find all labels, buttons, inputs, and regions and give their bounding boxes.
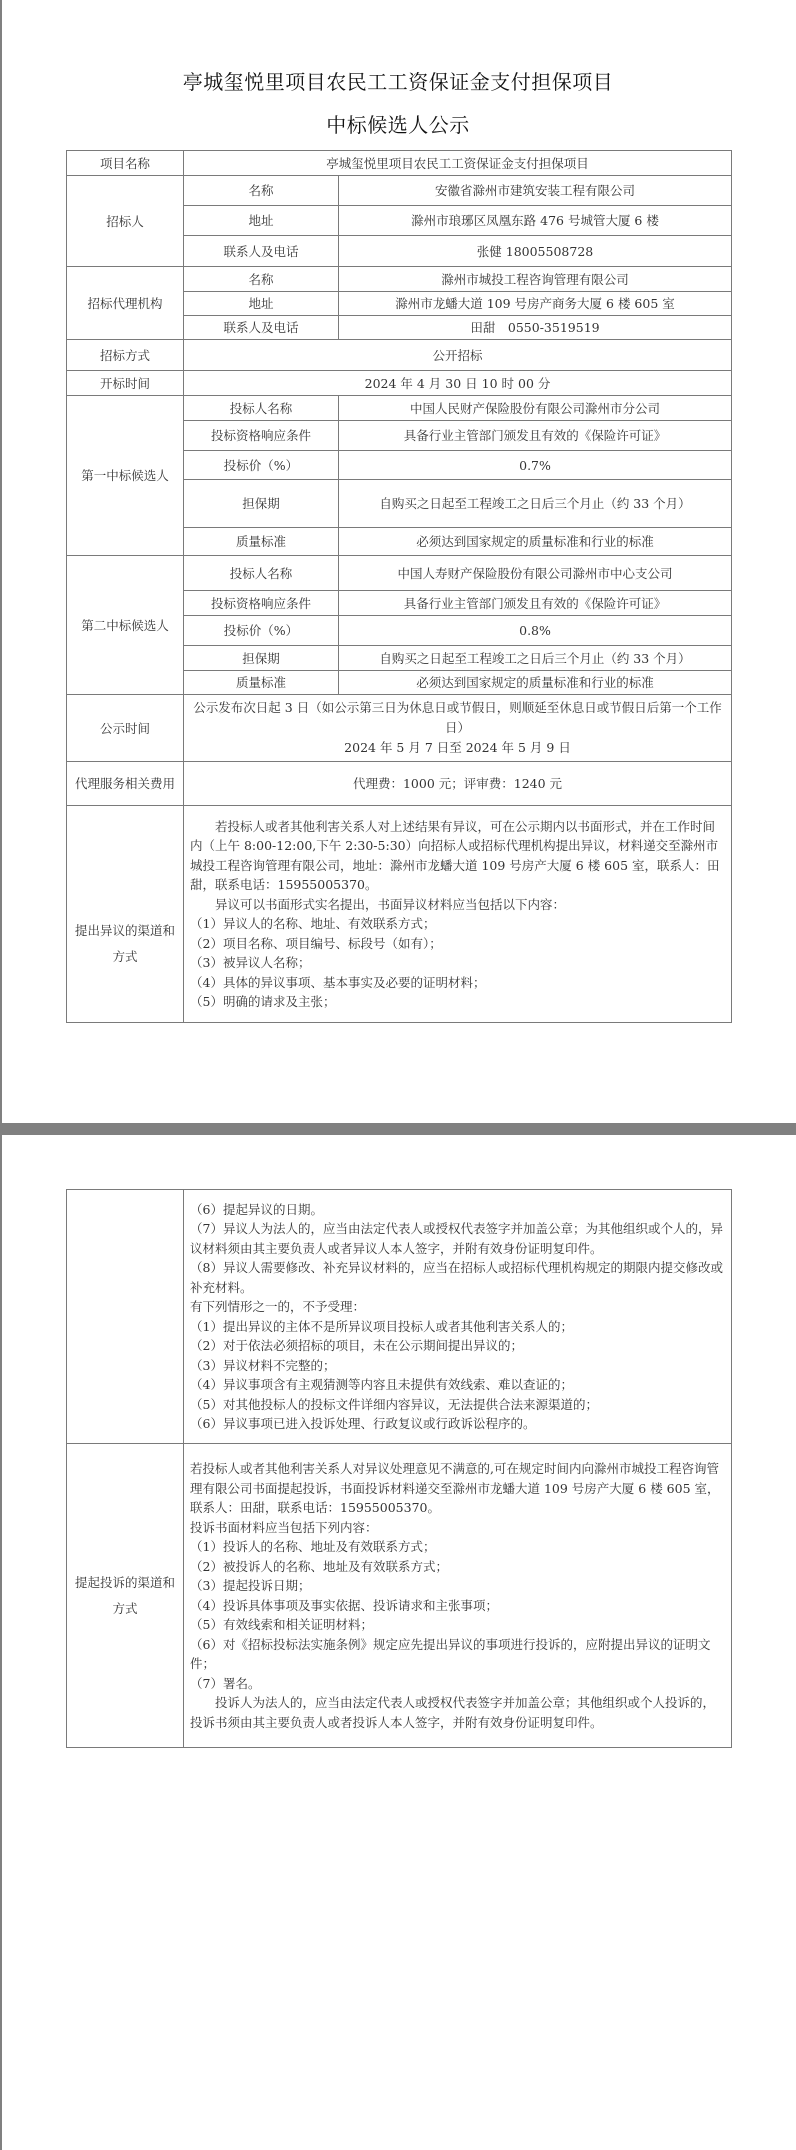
row-opening-time: 开标时间 2024 年 4 月 30 日 10 时 00 分 — [67, 371, 732, 396]
c1-price-label: 投标价（%） — [184, 451, 339, 480]
fees-value: 代理费：1000 元；评审费：1240 元 — [184, 762, 732, 806]
row-publicity-time: 公示时间 公示发布次日起 3 日（如公示第三日为休息日或节假日，则顺延至休息日或… — [67, 695, 732, 762]
fees-label: 代理服务相关费用 — [67, 762, 184, 806]
complaint-item: （5）有效线索和相关证明材料； — [190, 1615, 725, 1635]
c2-period-value: 自购买之日起至工程竣工之日后三个月止（约 33 个月） — [339, 646, 732, 671]
publicity-dates: 2024 年 5 月 7 日至 2024 年 5 月 9 日 — [188, 738, 727, 758]
objection-item: （3）被异议人名称； — [190, 953, 725, 973]
objection-rejection-item: （1）提出异议的主体不是所异议项目投标人或者其他利害关系人的； — [190, 1317, 725, 1337]
publicity-time-value: 公示发布次日起 3 日（如公示第三日为休息日或节假日，则顺延至休息日或节假日后第… — [184, 695, 732, 762]
publicity-time-label: 公示时间 — [67, 695, 184, 762]
complaint-item: （7）署名。 — [190, 1674, 725, 1694]
complaint-item: （6）对《招标投标法实施条例》规定应先提出异议的事项进行投诉的，应附提出异议的证… — [190, 1635, 725, 1674]
tenderer-name-value: 安徽省滁州市建筑安装工程有限公司 — [339, 176, 732, 206]
objection-item: （1）异议人的名称、地址、有效联系方式； — [190, 914, 725, 934]
tenderer-name-label: 名称 — [184, 176, 339, 206]
objection-item: （2）项目名称、项目编号、标段号（如有）； — [190, 934, 725, 954]
complaint-item: （1）投诉人的名称、地址及有效联系方式； — [190, 1537, 725, 1557]
objection-rejection-item: （3）异议材料不完整的； — [190, 1356, 725, 1376]
objection-rejection-item: （2）对于依法必须招标的项目，未在公示期间提出异议的； — [190, 1336, 725, 1356]
complaint-paragraph: 投诉书面材料应当包括下列内容： — [190, 1518, 725, 1538]
agency-contact-value: 田甜 0550-3519519 — [339, 316, 732, 340]
c2-qualification-label: 投标资格响应条件 — [184, 591, 339, 616]
objection-content-page1: 若投标人或者其他利害关系人对上述结果有异议，可在公示期内以书面形式，并在工作时间… — [184, 806, 732, 1023]
agency-label: 招标代理机构 — [67, 267, 184, 340]
c1-price-value: 0.7% — [339, 451, 732, 480]
announcement-table-page2: （6）提起异议的日期。 （7）异议人为法人的，应当由法定代表人或授权代表签字并加… — [66, 1189, 732, 1748]
method-label: 招标方式 — [67, 340, 184, 371]
complaint-content: 若投标人或者其他利害关系人对异议处理意见不满意的,可在规定时间内向滁州市城投工程… — [184, 1444, 732, 1748]
page-separator — [0, 1123, 796, 1135]
candidate2-label: 第二中标候选人 — [67, 556, 184, 695]
objection-item: （7）异议人为法人的，应当由法定代表人或授权代表签字并加盖公章；为其他组织或个人… — [190, 1219, 725, 1258]
objection-label-continued — [67, 1190, 184, 1444]
c1-quality-value: 必须达到国家规定的质量标准和行业的标准 — [339, 528, 732, 556]
c1-period-value: 自购买之日起至工程竣工之日后三个月止（约 33 个月） — [339, 480, 732, 528]
c2-quality-value: 必须达到国家规定的质量标准和行业的标准 — [339, 671, 732, 695]
project-name-label: 项目名称 — [67, 151, 184, 176]
project-name-value: 亭城玺悦里项目农民工工资保证金支付担保项目 — [184, 151, 732, 176]
c1-bidder-label: 投标人名称 — [184, 396, 339, 421]
complaint-item: （2）被投诉人的名称、地址及有效联系方式； — [190, 1557, 725, 1577]
complaint-paragraph: 若投标人或者其他利害关系人对异议处理意见不满意的,可在规定时间内向滁州市城投工程… — [190, 1459, 725, 1518]
objection-label: 提出异议的渠道和方式 — [67, 806, 184, 1023]
objection-rejection-item: （4）异议事项含有主观猜测等内容且未提供有效线索、难以查证的； — [190, 1375, 725, 1395]
row-objection-continued: （6）提起异议的日期。 （7）异议人为法人的，应当由法定代表人或授权代表签字并加… — [67, 1190, 732, 1444]
tenderer-contact-label: 联系人及电话 — [184, 236, 339, 267]
tenderer-address-label: 地址 — [184, 206, 339, 236]
objection-item: （5）明确的请求及主张； — [190, 992, 725, 1012]
objection-paragraph: 若投标人或者其他利害关系人对上述结果有异议，可在公示期内以书面形式，并在工作时间… — [190, 817, 725, 895]
row-complaint: 提起投诉的渠道和方式 若投标人或者其他利害关系人对异议处理意见不满意的,可在规定… — [67, 1444, 732, 1748]
c2-quality-label: 质量标准 — [184, 671, 339, 695]
objection-item: （4）具体的异议事项、基本事实及必要的证明材料； — [190, 973, 725, 993]
document-title: 亭城玺悦里项目农民工工资保证金支付担保项目 — [0, 66, 796, 95]
complaint-item: （4）投诉具体事项及事实依据、投诉请求和主张事项； — [190, 1596, 725, 1616]
agency-contact-label: 联系人及电话 — [184, 316, 339, 340]
method-value: 公开招标 — [184, 340, 732, 371]
agency-address-value: 滁州市龙蟠大道 109 号房产商务大厦 6 楼 605 室 — [339, 292, 732, 316]
c2-qualification-value: 具备行业主管部门颁发且有效的《保险许可证》 — [339, 591, 732, 616]
objection-content-page2: （6）提起异议的日期。 （7）异议人为法人的，应当由法定代表人或授权代表签字并加… — [184, 1190, 732, 1444]
objection-item: （6）提起异议的日期。 — [190, 1200, 725, 1220]
objection-paragraph: 异议可以书面形式实名提出，书面异议材料应当包括以下内容： — [190, 895, 725, 915]
row-objection: 提出异议的渠道和方式 若投标人或者其他利害关系人对上述结果有异议，可在公示期内以… — [67, 806, 732, 1023]
c2-price-label: 投标价（%） — [184, 616, 339, 646]
announcement-table-page1: 项目名称 亭城玺悦里项目农民工工资保证金支付担保项目 招标人 名称 安徽省滁州市… — [66, 150, 732, 1023]
document-subtitle: 中标候选人公示 — [0, 109, 796, 138]
row-c1-bidder: 第一中标候选人 投标人名称 中国人民财产保险股份有限公司滁州市分公司 — [67, 396, 732, 421]
row-agency-name: 招标代理机构 名称 滁州市城投工程咨询管理有限公司 — [67, 267, 732, 292]
tenderer-contact-value: 张健 18005508728 — [339, 236, 732, 267]
row-fees: 代理服务相关费用 代理费：1000 元；评审费：1240 元 — [67, 762, 732, 806]
row-tenderer-name: 招标人 名称 安徽省滁州市建筑安装工程有限公司 — [67, 176, 732, 206]
objection-rejection-heading: 有下列情形之一的，不予受理： — [190, 1297, 725, 1317]
objection-item: （8）异议人需要修改、补充异议材料的，应当在招标人或招标代理机构规定的期限内提交… — [190, 1258, 725, 1297]
c1-bidder-value: 中国人民财产保险股份有限公司滁州市分公司 — [339, 396, 732, 421]
opening-time-label: 开标时间 — [67, 371, 184, 396]
candidate1-label: 第一中标候选人 — [67, 396, 184, 556]
row-c2-bidder: 第二中标候选人 投标人名称 中国人寿财产保险股份有限公司滁州市中心支公司 — [67, 556, 732, 591]
agency-address-label: 地址 — [184, 292, 339, 316]
tenderer-address-value: 滁州市琅琊区凤凰东路 476 号城管大厦 6 楼 — [339, 206, 732, 236]
c2-bidder-value: 中国人寿财产保险股份有限公司滁州市中心支公司 — [339, 556, 732, 591]
row-project-name: 项目名称 亭城玺悦里项目农民工工资保证金支付担保项目 — [67, 151, 732, 176]
opening-time-value: 2024 年 4 月 30 日 10 时 00 分 — [184, 371, 732, 396]
viewer-left-border — [0, 0, 2, 2150]
row-method: 招标方式 公开招标 — [67, 340, 732, 371]
objection-rejection-item: （5）对其他投标人的投标文件详细内容异议，无法提供合法来源渠道的； — [190, 1395, 725, 1415]
c1-qualification-value: 具备行业主管部门颁发且有效的《保险许可证》 — [339, 421, 732, 451]
c2-price-value: 0.8% — [339, 616, 732, 646]
complaint-label: 提起投诉的渠道和方式 — [67, 1444, 184, 1748]
agency-name-label: 名称 — [184, 267, 339, 292]
publicity-rule: 公示发布次日起 3 日（如公示第三日为休息日或节假日，则顺延至休息日或节假日后第… — [188, 698, 727, 738]
objection-rejection-item: （6）异议事项已进入投诉处理、行政复议或行政诉讼程序的。 — [190, 1414, 725, 1434]
tenderer-label: 招标人 — [67, 176, 184, 267]
c1-quality-label: 质量标准 — [184, 528, 339, 556]
agency-name-value: 滁州市城投工程咨询管理有限公司 — [339, 267, 732, 292]
c2-bidder-label: 投标人名称 — [184, 556, 339, 591]
c2-period-label: 担保期 — [184, 646, 339, 671]
c1-qualification-label: 投标资格响应条件 — [184, 421, 339, 451]
complaint-paragraph: 投诉人为法人的，应当由法定代表人或授权代表签字并加盖公章；其他组织或个人投诉的，… — [190, 1693, 725, 1732]
complaint-item: （3）提起投诉日期； — [190, 1576, 725, 1596]
c1-period-label: 担保期 — [184, 480, 339, 528]
